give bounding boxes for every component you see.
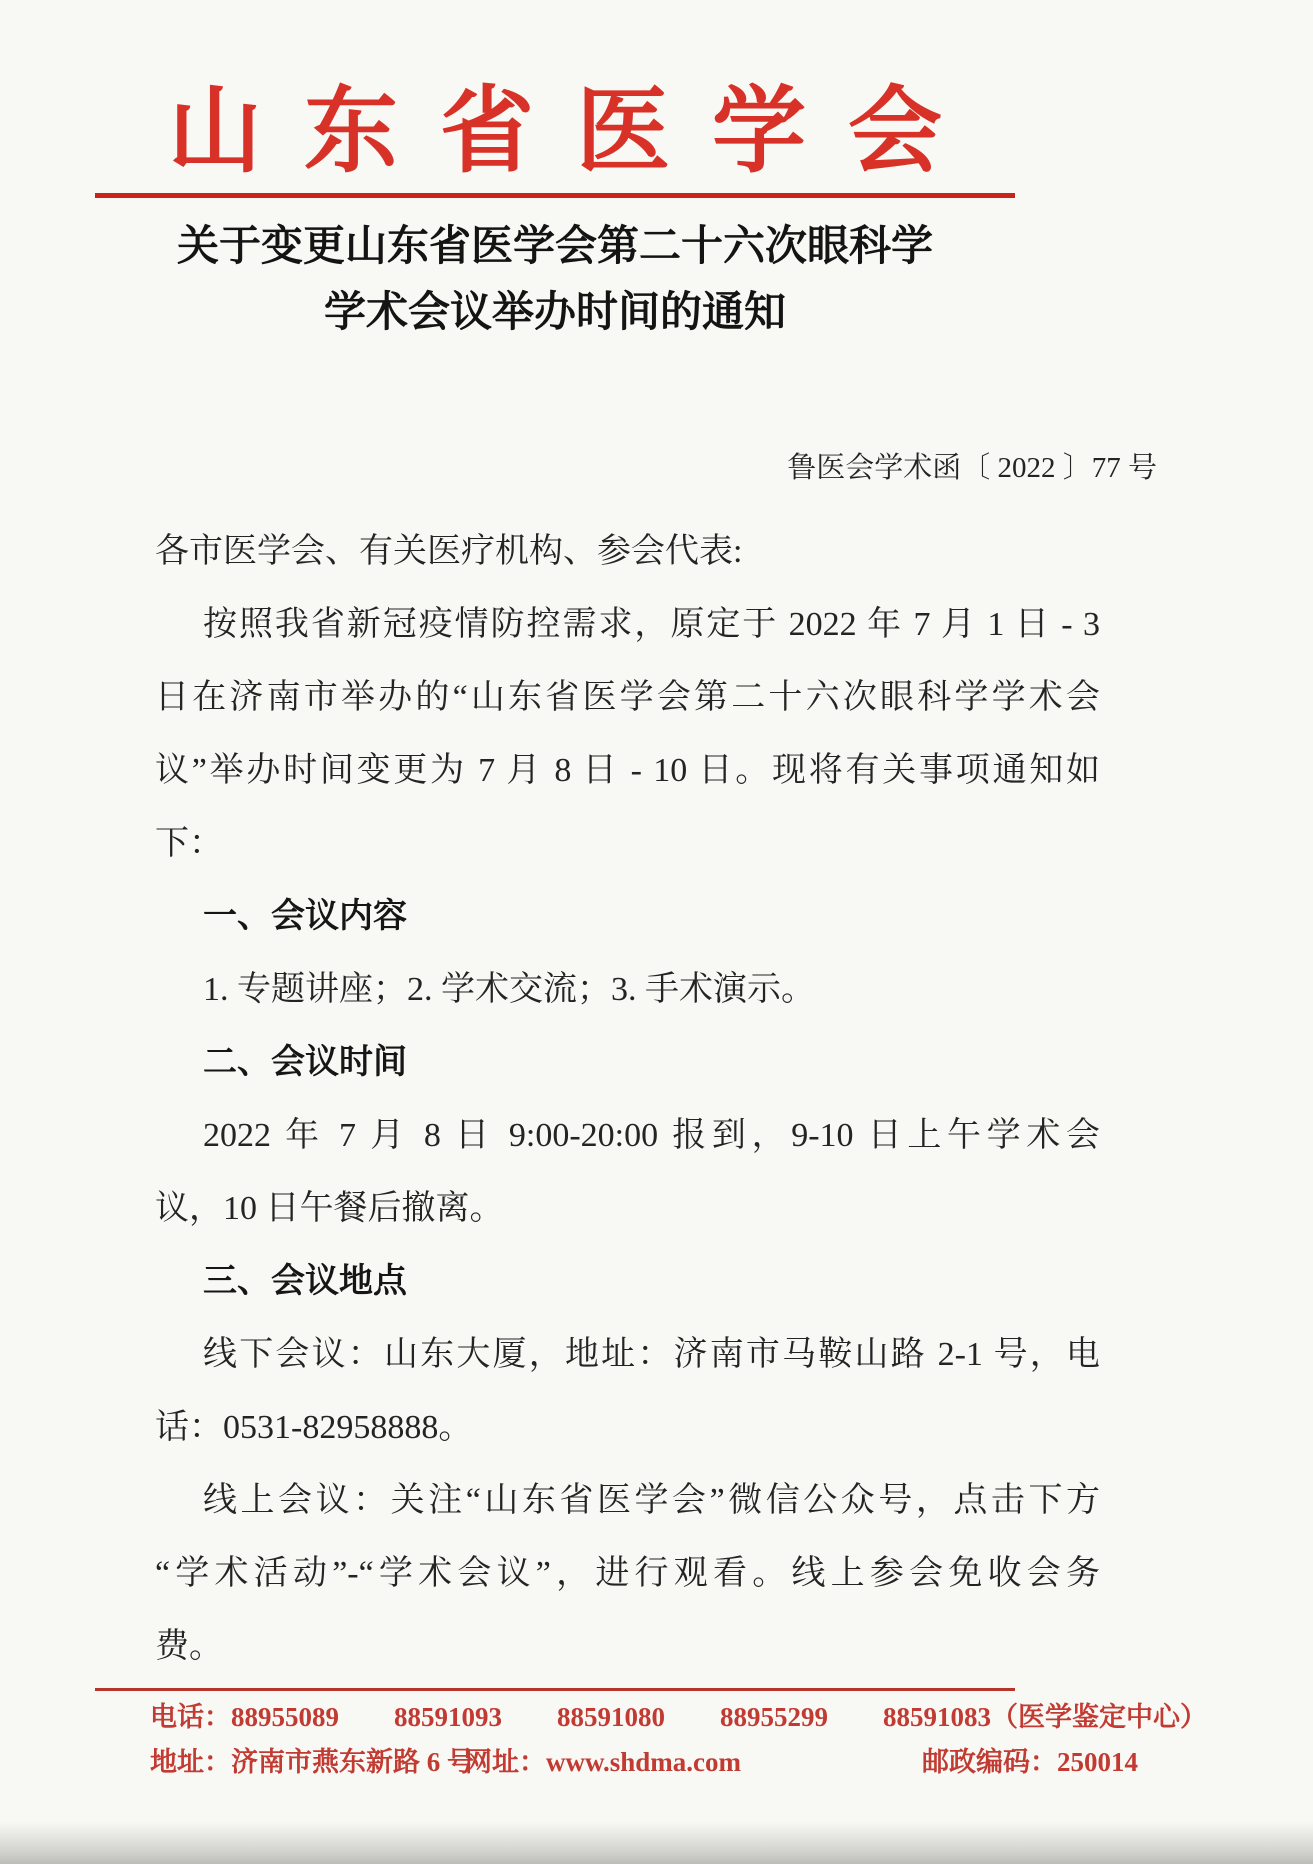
- body-line: 线下会议：山东大厦，地址：济南市马鞍山路 2-1 号，电: [155, 1318, 1100, 1391]
- salutation: 各市医学会、有关医疗机构、参会代表:: [155, 515, 1100, 588]
- body-line: 日在济南市举办的“山东省医学会第二十六次眼科学学术会: [155, 661, 1100, 734]
- scan-edge-shadow: [0, 1822, 1313, 1864]
- letterhead-org-name: 山东省医学会: [95, 85, 1015, 179]
- body-line: 下：: [155, 807, 1100, 880]
- footer-website: 网址：www.shdma.com: [465, 1745, 922, 1779]
- document-body: 各市医学会、有关医疗机构、参会代表: 按照我省新冠疫情防控需求，原定于 2022…: [155, 515, 1100, 1683]
- footer-phone-row: 电话：88955089 88591093 88591080 88955299 8…: [150, 1700, 1210, 1734]
- body-line: “学术活动”-“学术会议”，进行观看。线上参会免收会务: [155, 1537, 1100, 1610]
- body-line: 2022 年 7 月 8 日 9:00-20:00 报到，9-10 日上午学术会: [155, 1099, 1100, 1172]
- footer-phone-label: 电话：: [150, 1702, 231, 1732]
- footer-phone-2: 88591093: [394, 1700, 502, 1734]
- footer-phone-5: 88591083（医学鉴定中心）: [883, 1700, 1207, 1734]
- scanned-notice-page: 山东省医学会 关于变更山东省医学会第二十六次眼科学 学术会议举办时间的通知 鲁医…: [0, 0, 1313, 1864]
- body-line: 议”举办时间变更为 7 月 8 日 - 10 日。现将有关事项通知如: [155, 734, 1100, 807]
- document-title-line2: 学术会议举办时间的通知: [95, 279, 1015, 345]
- body-line: 话：0531-82958888。: [155, 1391, 1100, 1464]
- letterhead-divider-rule: [95, 193, 1015, 198]
- section-heading-3: 三、会议地点: [155, 1245, 1100, 1318]
- body-line: 1. 专题讲座；2. 学术交流；3. 手术演示。: [155, 953, 1100, 1026]
- footer-divider-rule: [95, 1688, 1015, 1691]
- body-line: 按照我省新冠疫情防控需求，原定于 2022 年 7 月 1 日 - 3: [155, 588, 1100, 661]
- footer-address-row: 地址：济南市燕东新路 6 号 网址：www.shdma.com 邮政编码：250…: [150, 1745, 1210, 1779]
- footer-phone-number: 88955089: [231, 1702, 339, 1732]
- body-line: 费。: [155, 1610, 1100, 1683]
- footer-address: 地址：济南市燕东新路 6 号: [150, 1745, 465, 1779]
- section-heading-1: 一、会议内容: [155, 880, 1100, 953]
- section-heading-2: 二、会议时间: [155, 1026, 1100, 1099]
- body-line: 议，10 日午餐后撤离。: [155, 1172, 1100, 1245]
- document-reference-number: 鲁医会学术函〔 2022 〕77 号: [787, 448, 1157, 488]
- footer-phone-4: 88955299: [720, 1700, 828, 1734]
- letterhead-footer: 电话：88955089 88591093 88591080 88955299 8…: [150, 1700, 1210, 1779]
- footer-phone-1: 电话：88955089: [150, 1700, 339, 1734]
- body-line: 线上会议：关注“山东省医学会”微信公众号，点击下方: [155, 1464, 1100, 1537]
- footer-postal-code: 邮政编码：250014: [922, 1745, 1138, 1779]
- document-title-line1: 关于变更山东省医学会第二十六次眼科学: [95, 213, 1015, 279]
- document-title: 关于变更山东省医学会第二十六次眼科学 学术会议举办时间的通知: [95, 213, 1015, 345]
- footer-phone-3: 88591080: [557, 1700, 665, 1734]
